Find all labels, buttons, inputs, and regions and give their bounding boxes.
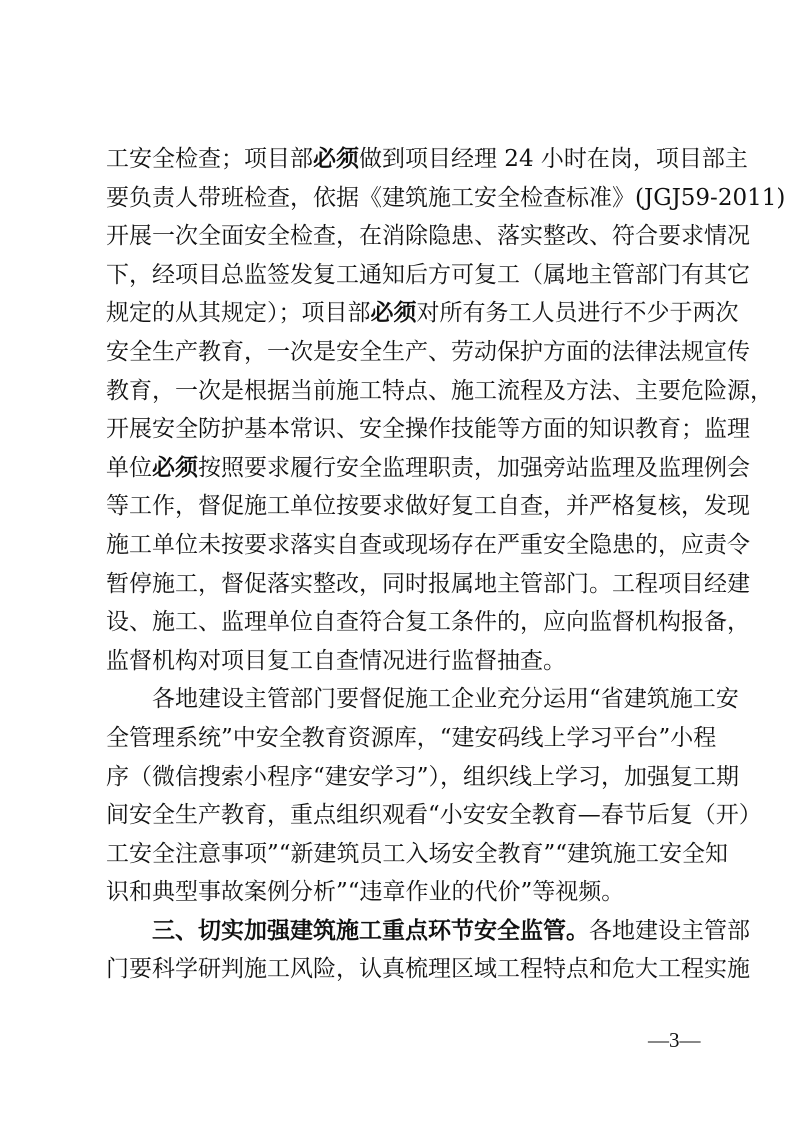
text-segment: 开展一次全面安全检查，在消除隐患、落实整改、符合要求情况 <box>106 223 750 249</box>
text-segment: 监督机构对项目复工自查情况进行监督抽查。 <box>106 648 566 674</box>
text-line: 开展一次全面安全检查，在消除隐患、落实整改、符合要求情况 <box>106 217 714 256</box>
text-segment: 做到项目经理 24 小时在岗，项目部主 <box>359 146 748 172</box>
text-line: 教育，一次是根据当前施工特点、施工流程及方法、主要危险源， <box>106 372 714 411</box>
text-line: 要负责人带班检查，依据《建筑施工安全检查标准》(JGJ59-2011) <box>106 179 714 218</box>
text-segment: 等工作，督促施工单位按要求做好复工自查，并严格复核，发现 <box>106 493 750 519</box>
text-line: 识和典型事故案例分析”“违章作业的代价”等视频。 <box>106 873 714 912</box>
text-segment: 间安全生产教育，重点组织观看“小安安全教育—春节后复（开） <box>106 802 762 828</box>
text-line: 门要科学研判施工风险，认真梳理区域工程特点和危大工程实施 <box>106 950 714 989</box>
text-segment: 工安全检查；项目部 <box>106 146 313 172</box>
text-segment: 单位 <box>106 455 152 481</box>
bold-text: 必须 <box>371 300 417 326</box>
text-line: 暂停施工，督促落实整改，同时报属地主管部门。工程项目经建 <box>106 565 714 604</box>
page-number: —3— <box>648 1028 701 1053</box>
text-line: 工安全注意事项”“新建筑员工入场安全教育”“建筑施工安全知 <box>106 835 714 874</box>
text-segment: 下，经项目总监签发复工通知后方可复工（属地主管部门有其它 <box>106 262 750 288</box>
text-line: 等工作，督促施工单位按要求做好复工自查，并严格复核，发现 <box>106 487 714 526</box>
text-segment: 识和典型事故案例分析”“违章作业的代价”等视频。 <box>106 879 624 905</box>
text-line: 全管理系统”中安全教育资源库，“建安码线上学习平台”小程 <box>106 719 714 758</box>
text-line: 安全生产教育，一次是安全生产、劳动保护方面的法律法规宣传 <box>106 333 714 372</box>
text-line: 开展安全防护基本常识、安全操作技能等方面的知识教育；监理 <box>106 410 714 449</box>
bold-text: 必须 <box>152 455 198 481</box>
text-segment: 规定的从其规定）；项目部 <box>106 300 371 326</box>
text-segment: 安全生产教育，一次是安全生产、劳动保护方面的法律法规宣传 <box>106 339 750 365</box>
text-line: 监督机构对项目复工自查情况进行监督抽查。 <box>106 642 714 681</box>
bold-text: 三、切实加强建筑施工重点环节安全监管。 <box>152 918 589 944</box>
text-segment: 设、施工、监理单位自查符合复工条件的，应向监督机构报备， <box>106 609 750 635</box>
text-segment: 工安全注意事项”“新建筑员工入场安全教育”“建筑施工安全知 <box>106 841 728 867</box>
text-line: 设、施工、监理单位自查符合复工条件的，应向监督机构报备， <box>106 603 714 642</box>
text-segment: 对所有务工人员进行不少于两次 <box>417 300 739 326</box>
text-line: 下，经项目总监签发复工通知后方可复工（属地主管部门有其它 <box>106 256 714 295</box>
text-segment: 各地建设主管部 <box>589 918 750 944</box>
text-segment: 暂停施工，督促落实整改，同时报属地主管部门。工程项目经建 <box>106 571 750 597</box>
document-page: 工安全检查；项目部必须做到项目经理 24 小时在岗，项目部主要负责人带班检查，依… <box>0 0 800 1147</box>
text-segment: 开展安全防护基本常识、安全操作技能等方面的知识教育；监理 <box>106 416 750 442</box>
text-segment: 序（微信搜索小程序“建安学习”），组织线上学习，加强复工期 <box>106 764 739 790</box>
text-line: 三、切实加强建筑施工重点环节安全监管。各地建设主管部 <box>106 912 714 951</box>
bold-text: 必须 <box>313 146 359 172</box>
text-segment: 要负责人带班检查，依据《建筑施工安全检查标准》(JGJ59-2011) <box>106 185 785 211</box>
text-line: 序（微信搜索小程序“建安学习”），组织线上学习，加强复工期 <box>106 758 714 797</box>
text-segment: 施工单位未按要求落实自查或现场存在严重安全隐患的，应责令 <box>106 532 750 558</box>
body-text: 工安全检查；项目部必须做到项目经理 24 小时在岗，项目部主要负责人带班检查，依… <box>106 140 714 989</box>
text-segment: 教育，一次是根据当前施工特点、施工流程及方法、主要危险源， <box>106 378 773 404</box>
text-line: 单位必须按照要求履行安全监理职责，加强旁站监理及监理例会 <box>106 449 714 488</box>
text-segment: 各地建设主管部门要督促施工企业充分运用“省建筑施工安 <box>152 686 739 712</box>
text-line: 工安全检查；项目部必须做到项目经理 24 小时在岗，项目部主 <box>106 140 714 179</box>
text-line: 施工单位未按要求落实自查或现场存在严重安全隐患的，应责令 <box>106 526 714 565</box>
text-line: 间安全生产教育，重点组织观看“小安安全教育—春节后复（开） <box>106 796 714 835</box>
text-segment: 门要科学研判施工风险，认真梳理区域工程特点和危大工程实施 <box>106 956 750 982</box>
text-segment: 全管理系统”中安全教育资源库，“建安码线上学习平台”小程 <box>106 725 716 751</box>
text-line: 规定的从其规定）；项目部必须对所有务工人员进行不少于两次 <box>106 294 714 333</box>
text-segment: 按照要求履行安全监理职责，加强旁站监理及监理例会 <box>198 455 750 481</box>
text-line: 各地建设主管部门要督促施工企业充分运用“省建筑施工安 <box>106 680 714 719</box>
